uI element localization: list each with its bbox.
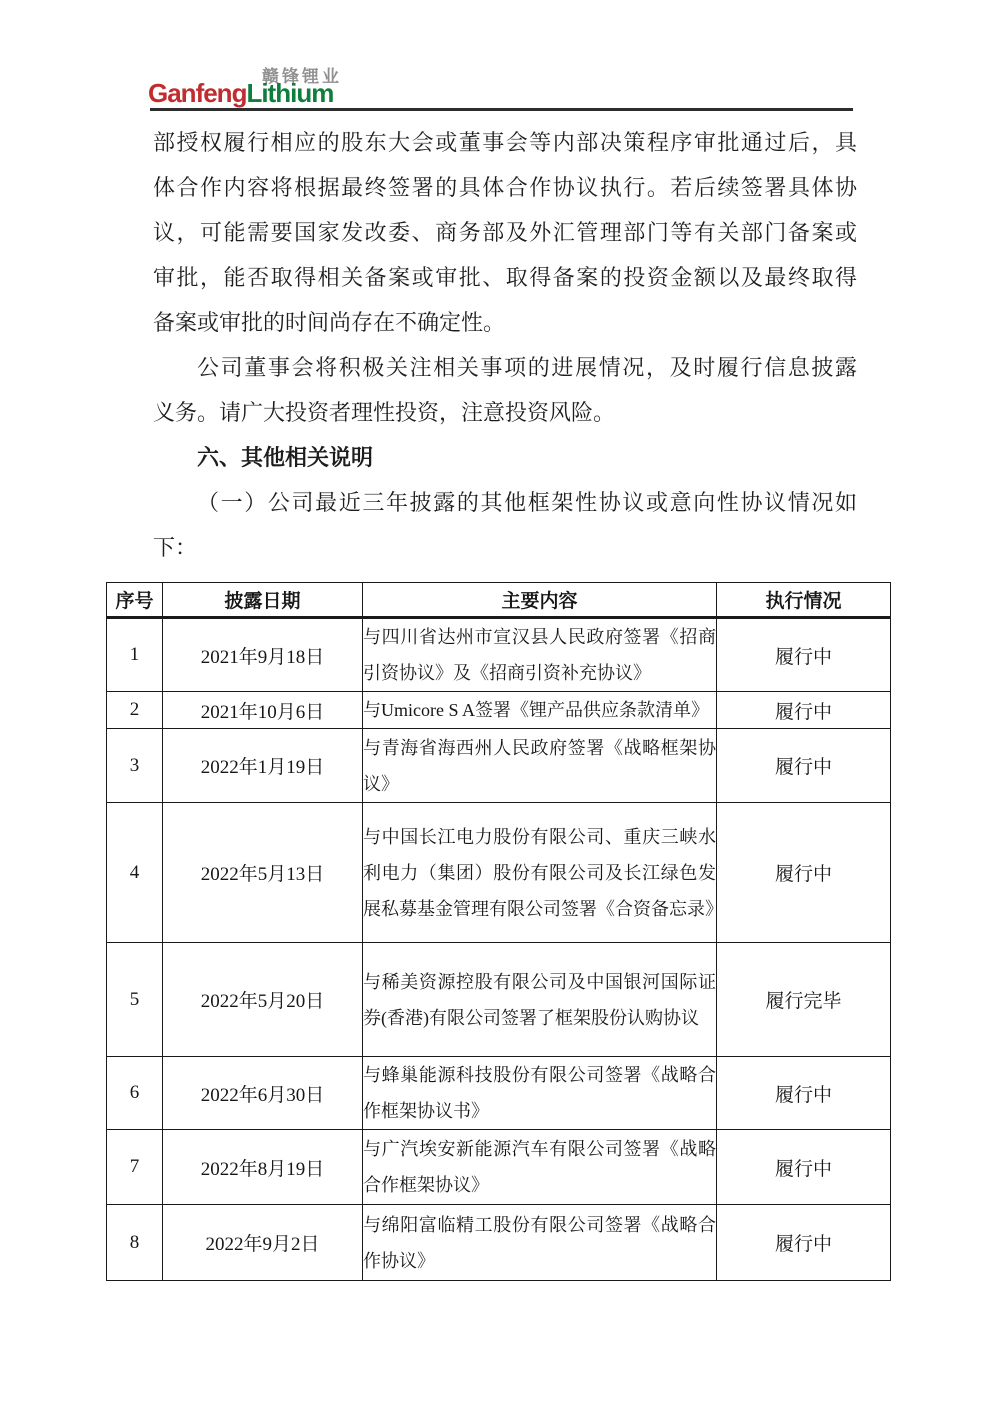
paragraph-line: 公司董事会将积极关注相关事项的进展情况，及时履行信息披露 bbox=[153, 345, 857, 390]
section-heading: 六、其他相关说明 bbox=[153, 435, 857, 480]
cell-date: 2022年5月13日 bbox=[163, 803, 363, 943]
cell-content: 与四川省达州市宣汉县人民政府签署《招商引资协议》及《招商引资补充协议》 bbox=[363, 618, 717, 692]
cell-status: 履行中 bbox=[717, 1057, 891, 1130]
cell-no: 3 bbox=[107, 729, 163, 803]
body-text: 部授权履行相应的股东大会或董事会等内部决策程序审批通过后，具 体合作内容将根据最… bbox=[153, 120, 857, 570]
cell-status: 履行中 bbox=[717, 1130, 891, 1205]
cell-no: 1 bbox=[107, 618, 163, 692]
col-header-content: 主要内容 bbox=[363, 583, 717, 618]
cell-content: 与绵阳富临精工股份有限公司签署《战略合作协议》 bbox=[363, 1205, 717, 1281]
paragraph-line: （一）公司最近三年披露的其他框架性协议或意向性协议情况如 bbox=[153, 480, 857, 525]
cell-content: 与青海省海西州人民政府签署《战略框架协议》 bbox=[363, 729, 717, 803]
document-page: 赣锋锂业 GanfengLithium 部授权履行相应的股东大会或董事会等内部决… bbox=[0, 0, 1000, 1414]
cell-status: 履行中 bbox=[717, 618, 891, 692]
logo-lithium-text: Lithium bbox=[246, 78, 333, 108]
paragraph-line: 部授权履行相应的股东大会或董事会等内部决策程序审批通过后，具 bbox=[153, 120, 857, 165]
table-row: 5 2022年5月20日 与稀美资源控股有限公司及中国银河国际证券(香港)有限公… bbox=[107, 943, 891, 1057]
table-row: 3 2022年1月19日 与青海省海西州人民政府签署《战略框架协议》 履行中 bbox=[107, 729, 891, 803]
cell-content: 与广汽埃安新能源汽车有限公司签署《战略合作框架协议》 bbox=[363, 1130, 717, 1205]
logo-ganfeng-text: Ganfeng bbox=[148, 78, 246, 108]
cell-content: 与蜂巢能源科技股份有限公司签署《战略合作框架协议书》 bbox=[363, 1057, 717, 1130]
cell-status: 履行中 bbox=[717, 1205, 891, 1281]
cell-no: 2 bbox=[107, 692, 163, 729]
cell-no: 4 bbox=[107, 803, 163, 943]
paragraph-line: 下： bbox=[153, 525, 857, 570]
cell-no: 6 bbox=[107, 1057, 163, 1130]
cell-date: 2022年8月19日 bbox=[163, 1130, 363, 1205]
cell-status: 履行完毕 bbox=[717, 943, 891, 1057]
col-header-status: 执行情况 bbox=[717, 583, 891, 618]
paragraph-line: 义务。请广大投资者理性投资，注意投资风险。 bbox=[153, 390, 857, 435]
paragraph-line: 审批，能否取得相关备案或审批、取得备案的投资金额以及最终取得 bbox=[153, 255, 857, 300]
agreements-table: 序号 披露日期 主要内容 执行情况 1 2021年9月18日 与四川省达州市宣汉… bbox=[106, 582, 891, 1281]
cell-no: 5 bbox=[107, 943, 163, 1057]
header-divider bbox=[150, 108, 853, 111]
table-row: 7 2022年8月19日 与广汽埃安新能源汽车有限公司签署《战略合作框架协议》 … bbox=[107, 1130, 891, 1205]
cell-date: 2022年6月30日 bbox=[163, 1057, 363, 1130]
cell-status: 履行中 bbox=[717, 803, 891, 943]
cell-date: 2021年9月18日 bbox=[163, 618, 363, 692]
cell-date: 2022年1月19日 bbox=[163, 729, 363, 803]
table-row: 8 2022年9月2日 与绵阳富临精工股份有限公司签署《战略合作协议》 履行中 bbox=[107, 1205, 891, 1281]
cell-content: 与稀美资源控股有限公司及中国银河国际证券(香港)有限公司签署了框架股份认购协议 bbox=[363, 943, 717, 1057]
cell-date: 2021年10月6日 bbox=[163, 692, 363, 729]
paragraph-line: 议，可能需要国家发改委、商务部及外汇管理部门等有关部门备案或 bbox=[153, 210, 857, 255]
cell-date: 2022年9月2日 bbox=[163, 1205, 363, 1281]
cell-status: 履行中 bbox=[717, 729, 891, 803]
col-header-date: 披露日期 bbox=[163, 583, 363, 618]
cell-status: 履行中 bbox=[717, 692, 891, 729]
cell-content: 与中国长江电力股份有限公司、重庆三峡水利电力（集团）股份有限公司及长江绿色发展私… bbox=[363, 803, 717, 943]
cell-content: 与Umicore S A签署《锂产品供应条款清单》 bbox=[363, 692, 717, 729]
col-header-no: 序号 bbox=[107, 583, 163, 618]
paragraph-line: 备案或审批的时间尚存在不确定性。 bbox=[153, 300, 857, 345]
table-header-row: 序号 披露日期 主要内容 执行情况 bbox=[107, 583, 891, 618]
table-row: 1 2021年9月18日 与四川省达州市宣汉县人民政府签署《招商引资协议》及《招… bbox=[107, 618, 891, 692]
paragraph-line: 体合作内容将根据最终签署的具体合作协议执行。若后续签署具体协 bbox=[153, 165, 857, 210]
table-row: 2 2021年10月6日 与Umicore S A签署《锂产品供应条款清单》 履… bbox=[107, 692, 891, 729]
table-row: 4 2022年5月13日 与中国长江电力股份有限公司、重庆三峡水利电力（集团）股… bbox=[107, 803, 891, 943]
cell-no: 7 bbox=[107, 1130, 163, 1205]
table-row: 6 2022年6月30日 与蜂巢能源科技股份有限公司签署《战略合作框架协议书》 … bbox=[107, 1057, 891, 1130]
cell-no: 8 bbox=[107, 1205, 163, 1281]
cell-date: 2022年5月20日 bbox=[163, 943, 363, 1057]
company-logo: GanfengLithium bbox=[148, 78, 333, 109]
